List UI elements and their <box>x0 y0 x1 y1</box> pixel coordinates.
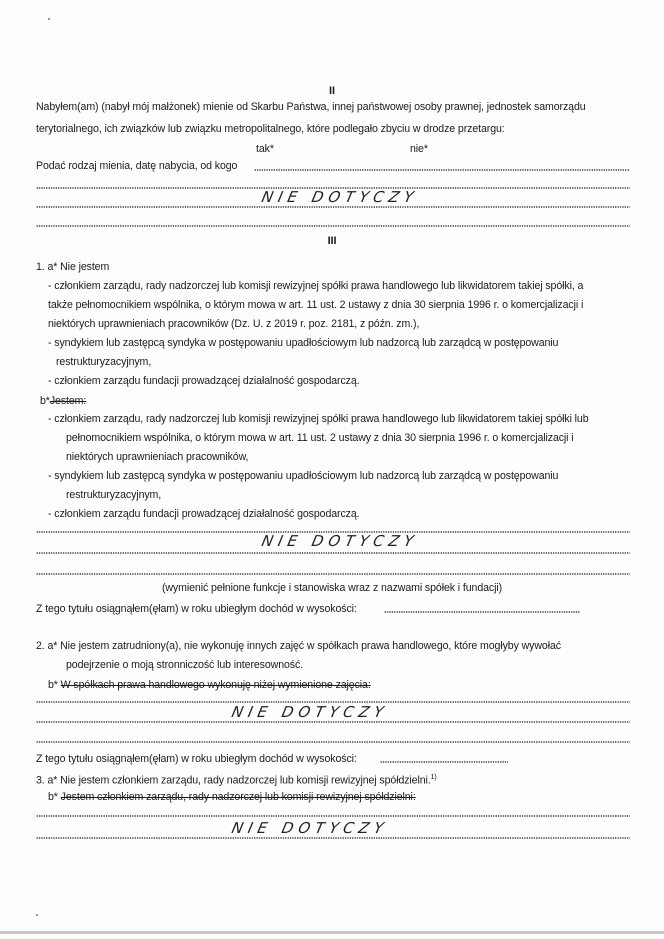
item-1a-line: także pełnomocnikiem wspólnika, o którym… <box>48 298 583 312</box>
item-1b-struck-label: Jestem: <box>50 395 86 407</box>
page-bottom-edge <box>0 931 664 934</box>
section-2-paragraph-line-1: Nabyłem(am) (nabył mój małżonek) mienie … <box>36 100 586 114</box>
item-1b-label: b*Jestem: <box>40 394 86 408</box>
section-2-paragraph-line-2: terytorialnego, ich związków lub związku… <box>36 122 505 136</box>
item-1-field-line-3[interactable] <box>36 573 630 575</box>
item-2-field-line-2[interactable] <box>36 721 630 723</box>
item-1-income-field[interactable] <box>384 611 580 613</box>
item-2a-line-1: 2. a* Nie jestem zatrudniony(a), nie wyk… <box>36 639 561 653</box>
item-1b-line: - członkiem zarządu, rady nadzorczej lub… <box>48 412 589 426</box>
item-2-income-label: Z tego tytułu osiągnąłem(ęłam) w roku ub… <box>36 752 357 766</box>
item-2b-struck-text: W spółkach prawa handlowego wykonuję niż… <box>61 679 371 691</box>
declaration-page: II Nabyłem(am) (nabył mój małżonek) mien… <box>0 0 664 939</box>
item-1a-line: - syndykiem lub zastępcą syndyka w postę… <box>48 336 558 350</box>
item-1-caption: (wymienić pełnione funkcje i stanowiska … <box>0 581 664 595</box>
property-prompt: Podać rodzaj mienia, datę nabycia, od ko… <box>36 159 237 173</box>
item-1b-line: restrukturyzacyjnym, <box>66 488 161 502</box>
item-3b-label: b* Jestem członkiem zarządu, rady nadzor… <box>48 790 416 804</box>
item-2b-prefix: b* <box>48 679 58 691</box>
item-1-income-label: Z tego tytułu osiągnąłem(ęłam) w roku ub… <box>36 602 357 616</box>
item-3b-struck-text: Jestem członkiem zarządu, rady nadzorcze… <box>61 791 416 803</box>
item-1b-line: niektórych uprawnieniach pracowników, <box>66 450 248 464</box>
item-1a-line: niektórych uprawnieniach pracowników (Dz… <box>48 317 419 331</box>
section-3-heading: III <box>0 234 664 248</box>
item-1a-line: restrukturyzacyjnym, <box>56 355 151 369</box>
item-2a-line-2: podejrzenie o moją stronniczość lub inte… <box>66 658 303 672</box>
handwritten-not-applicable: NIE DOTYCZY <box>260 532 420 550</box>
item-1b-line: - syndykiem lub zastępcą syndyka w postę… <box>48 469 558 483</box>
item-2-field-line-3[interactable] <box>36 741 630 743</box>
option-no[interactable]: nie* <box>410 142 428 156</box>
handwritten-not-applicable: NIE DOTYCZY <box>230 819 390 837</box>
item-1b-line: - członkiem zarządu fundacji prowadzącej… <box>48 507 359 521</box>
item-1-field-line-2[interactable] <box>36 552 630 554</box>
item-3a-text: 3. a* Nie jestem członkiem zarządu, rady… <box>36 775 431 787</box>
footnote-marker: 1) <box>431 774 437 781</box>
item-1b-line: pełnomocnikiem wspólnika, o którym mowa … <box>66 431 574 445</box>
handwritten-not-applicable: NIE DOTYCZY <box>230 703 390 721</box>
item-1a-label: 1. a* Nie jestem <box>36 260 109 274</box>
item-2-income-field[interactable] <box>380 761 508 763</box>
item-3b-prefix: b* <box>48 791 58 803</box>
item-3a-line: 3. a* Nie jestem członkiem zarządu, rady… <box>36 771 437 788</box>
item-3-field-line-1[interactable] <box>36 815 630 817</box>
property-field-line-3[interactable] <box>36 206 630 208</box>
scan-speck <box>36 914 38 916</box>
item-1a-line: - członkiem zarządu fundacji prowadzącej… <box>48 374 359 388</box>
option-yes[interactable]: tak* <box>256 142 274 156</box>
property-field-line-1[interactable] <box>254 169 630 171</box>
property-field-line-4[interactable] <box>36 225 630 227</box>
item-1b-prefix: b* <box>40 395 50 407</box>
item-1a-line: - członkiem zarządu, rady nadzorczej lub… <box>48 279 583 293</box>
item-2b-label: b* W spółkach prawa handlowego wykonuję … <box>48 678 371 692</box>
item-3-field-line-2[interactable] <box>36 837 630 839</box>
scan-speck <box>48 18 50 20</box>
section-2-heading: II <box>0 84 664 98</box>
handwritten-not-applicable: NIE DOTYCZY <box>260 188 420 206</box>
